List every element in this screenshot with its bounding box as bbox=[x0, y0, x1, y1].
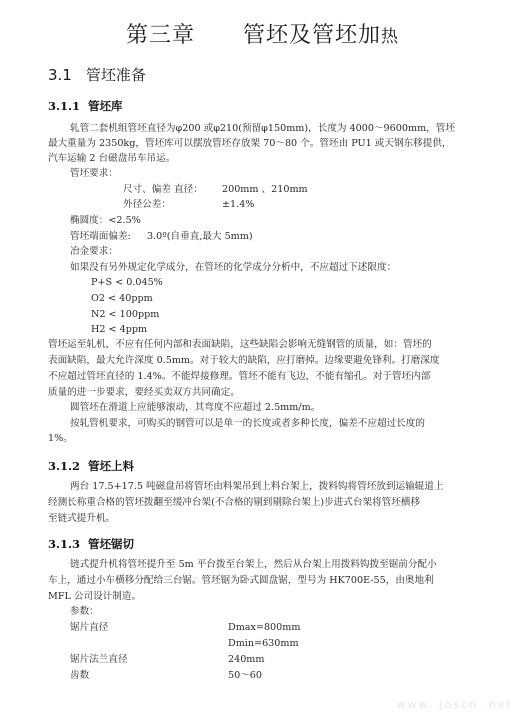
param-name: 锯片法兰直径 bbox=[70, 654, 128, 666]
limit-item: O2 < 40ppm bbox=[91, 293, 153, 305]
subsection-heading-313: 3.1.3管坯锯切 bbox=[48, 536, 134, 552]
subsection-number: 3.1.3 bbox=[48, 537, 88, 551]
param-name: 锯片直径 bbox=[70, 622, 108, 634]
paragraph-line: 经测长称重合格的管坯拨翻至缓冲台架(不合格的剔到剔除台架上)步进式台架将管坯横移 bbox=[48, 497, 420, 509]
section-title: 管坯准备 bbox=[86, 66, 146, 84]
paragraph-line: 至链式提升机。 bbox=[48, 513, 115, 525]
subsection-title: 管坯锯切 bbox=[88, 537, 134, 551]
size-value: 200mm 、210mm bbox=[222, 184, 308, 196]
subsection-title: 管坯库 bbox=[88, 99, 123, 113]
requirements-label: 管坯要求： bbox=[70, 168, 118, 180]
end-deviation-value: 3.0º(自垂直,最大 5mm) bbox=[147, 231, 253, 243]
param-value: Dmax=800mm bbox=[228, 622, 300, 634]
document-page: 第三章 管坯及管坯加热 3.1管坯准备 3.1.1管坯库 轧管二套机组管坯直径为… bbox=[0, 0, 525, 719]
paragraph-line: MFL 公司设计制造。 bbox=[48, 591, 141, 603]
paragraph-line: 两台 17.5+17.5 吨磁盘吊将管坯由料架吊到上料台架上，拨料钩将管坯放到运… bbox=[70, 481, 443, 493]
paragraph-line: 最大重量为 2350kg，管坯库可以摆放管坯存放架 70～80 个。管坯由 PU… bbox=[48, 138, 452, 150]
subsection-number: 3.1.2 bbox=[48, 459, 88, 473]
paragraph-line: 管坯运至轧机，不应有任何内部和表面缺陷，这些缺陷会影响无缝钢管的质量，如：管坯的 bbox=[48, 339, 432, 351]
subsection-heading-311: 3.1.1管坯库 bbox=[48, 98, 123, 114]
size-label: 尺寸、偏差 直径： bbox=[123, 184, 203, 196]
paragraph-line: 质量的进一步要求，要经买卖双方共同确定。 bbox=[48, 387, 240, 399]
limit-item: N2 < 100ppm bbox=[91, 309, 159, 321]
chapter-title: 第三章 管坯及管坯加热 bbox=[0, 18, 525, 49]
limit-item: P+S < 0.045% bbox=[91, 277, 163, 289]
section-number: 3.1 bbox=[48, 66, 72, 84]
metallurgy-label: 冶金要求： bbox=[70, 246, 118, 258]
paragraph-line: 汽车运输 2 台磁盘吊车吊运。 bbox=[48, 153, 175, 165]
paragraph-line: 链式提升机将管坯提升至 5m 平台拨至台架上，然后从台架上用拨料钩拨至锯前分配小 bbox=[70, 559, 437, 571]
paragraph-line: 按轧管机要求，可购买的钢管可以是单一的长度或者多种长度，偏差不应超过长度的 bbox=[70, 418, 425, 430]
paragraph-line: 轧管二套机组管坯直径为φ200 或φ210(预留φ150mm)，长度为 4000… bbox=[70, 123, 455, 135]
subsection-number: 3.1.1 bbox=[48, 99, 88, 113]
paragraph-line: 1%。 bbox=[48, 433, 73, 445]
section-heading: 3.1管坯准备 bbox=[48, 64, 146, 85]
param-name: 齿数 bbox=[70, 670, 89, 682]
param-value: 50～60 bbox=[228, 670, 262, 682]
paragraph-line: 表面缺陷，最大允许深度 0.5mm。对于较大的缺陷，应打磨掉。边缘要避免锋利。打… bbox=[48, 355, 439, 367]
params-label: 参数： bbox=[70, 606, 99, 618]
chapter-title-tail: 热 bbox=[381, 27, 399, 47]
paragraph-line: 车上，通过小车横移分配给三台锯。管坯锯为卧式圆盘锯，型号为 HK700E-55，… bbox=[48, 575, 434, 587]
param-value: Dmin=630mm bbox=[228, 638, 299, 650]
chemistry-intro: 如果没有另外规定化学成分，在管坯的化学成分分析中，不应超过下述限度： bbox=[70, 262, 396, 274]
paragraph-line: 圆管坯在滑道上应能够滚动，其弯度不应超过 2.5mm/m。 bbox=[70, 402, 320, 414]
od-tolerance-label: 外径公差： bbox=[123, 199, 171, 211]
param-value: 240mm bbox=[228, 654, 265, 666]
paragraph-line: 不应超过管坯直径的 1.4%。不能焊接修理。管坯不能有飞边，不能有缩孔。对于管坯… bbox=[48, 371, 430, 383]
chapter-title-text: 第三章 管坯及管坯加 bbox=[126, 23, 381, 48]
subsection-heading-312: 3.1.2管坯上料 bbox=[48, 458, 134, 474]
limit-item: H2 < 4ppm bbox=[91, 324, 147, 336]
ovality: 椭圆度：<2.5% bbox=[70, 215, 141, 227]
watermark: www. joscn. net bbox=[396, 698, 513, 711]
subsection-title: 管坯上料 bbox=[88, 459, 134, 473]
end-deviation-label: 管坯端面偏差: bbox=[70, 231, 131, 243]
od-tolerance-value: ±1.4% bbox=[222, 199, 254, 211]
